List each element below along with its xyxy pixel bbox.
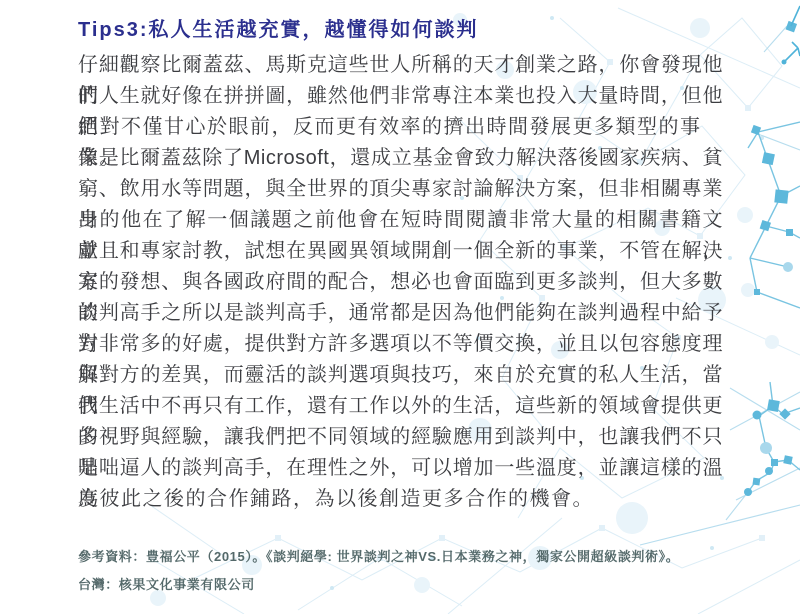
content-area: Tips3:私人生活越充實，越懂得如何談判 仔細觀察比爾蓋茲、馬斯克這些世人所稱… (0, 0, 800, 614)
body-text-line: 與對方的差異，而靈活的談判選項與技巧，來自於充實的私人生活，當我 (78, 360, 723, 391)
page-title: Tips3:私人生活越充實，越懂得如何談判 (78, 17, 479, 43)
body-text-line: 身的他在了解一個議題之前他會在短時間閱讀非常大量的相關書籍文獻， (78, 205, 723, 236)
reference-citation: 參考資料：豊福公平（2015）。《談判絕學: 世界談判之神VS.日本業務之神，獨… (78, 543, 758, 599)
body-text-line: 咄咄逼人的談判高手，在理性之外，可以增加一些溫度，並讓這樣的溫度 (78, 453, 723, 484)
reference-line-1: 參考資料：豊福公平（2015）。《談判絕學: 世界談判之神VS.日本業務之神，獨… (78, 543, 758, 571)
document-page: Tips3:私人生活越充實，越懂得如何談判 仔細觀察比爾蓋茲、馬斯克這些世人所稱… (0, 0, 800, 614)
body-text-line: 絕對不僅甘心於眼前，反而更有效率的擠出時間發展更多類型的事業。 (78, 112, 723, 143)
body-text-line: 案的發想、與各國政府間的配合，想必也會面臨到更多談判，但大多數的 (78, 267, 723, 298)
body-text: 仔細觀察比爾蓋茲、馬斯克這些世人所稱的天才創業之路，你會發現他們的人生就好像在拼… (78, 50, 723, 515)
body-text-line: 並且和專家討教，試想在異國異領域開創一個全新的事業，不管在解決方 (78, 236, 723, 267)
body-text-line: 像是比爾蓋茲除了Microsoft，還成立基金會致力解決落後國家疾病、貧 (78, 143, 723, 174)
body-text-line: 的人生就好像在拼拼圖，雖然他們非常專注本業也投入大量時間，但他們 (78, 81, 723, 112)
body-text-line: 為彼此之後的合作鋪路，為以後創造更多合作的機會。 (78, 484, 723, 515)
body-text-line: 仔細觀察比爾蓋茲、馬斯克這些世人所稱的天才創業之路，你會發現他們 (78, 50, 723, 81)
reference-line-2: 台灣：核果文化事業有限公司 (78, 571, 758, 599)
body-text-line: 談判高手之所以是談判高手，通常都是因為他們能夠在談判過程中給予對 (78, 298, 723, 329)
body-text-line: 的視野與經驗，讓我們把不同領域的經驗應用到談判中，也讓我們不只是 (78, 422, 723, 453)
body-text-line: 方非常多的好處，提供對方許多選項以不等價交換，並且以包容態度理解 (78, 329, 723, 360)
body-text-line: 窮、飲用水等問題，與全世界的頂尖專家討論解決方案，但非相關專業出 (78, 174, 723, 205)
body-text-line: 們生活中不再只有工作，還有工作以外的生活，這些新的領域會提供更多 (78, 391, 723, 422)
